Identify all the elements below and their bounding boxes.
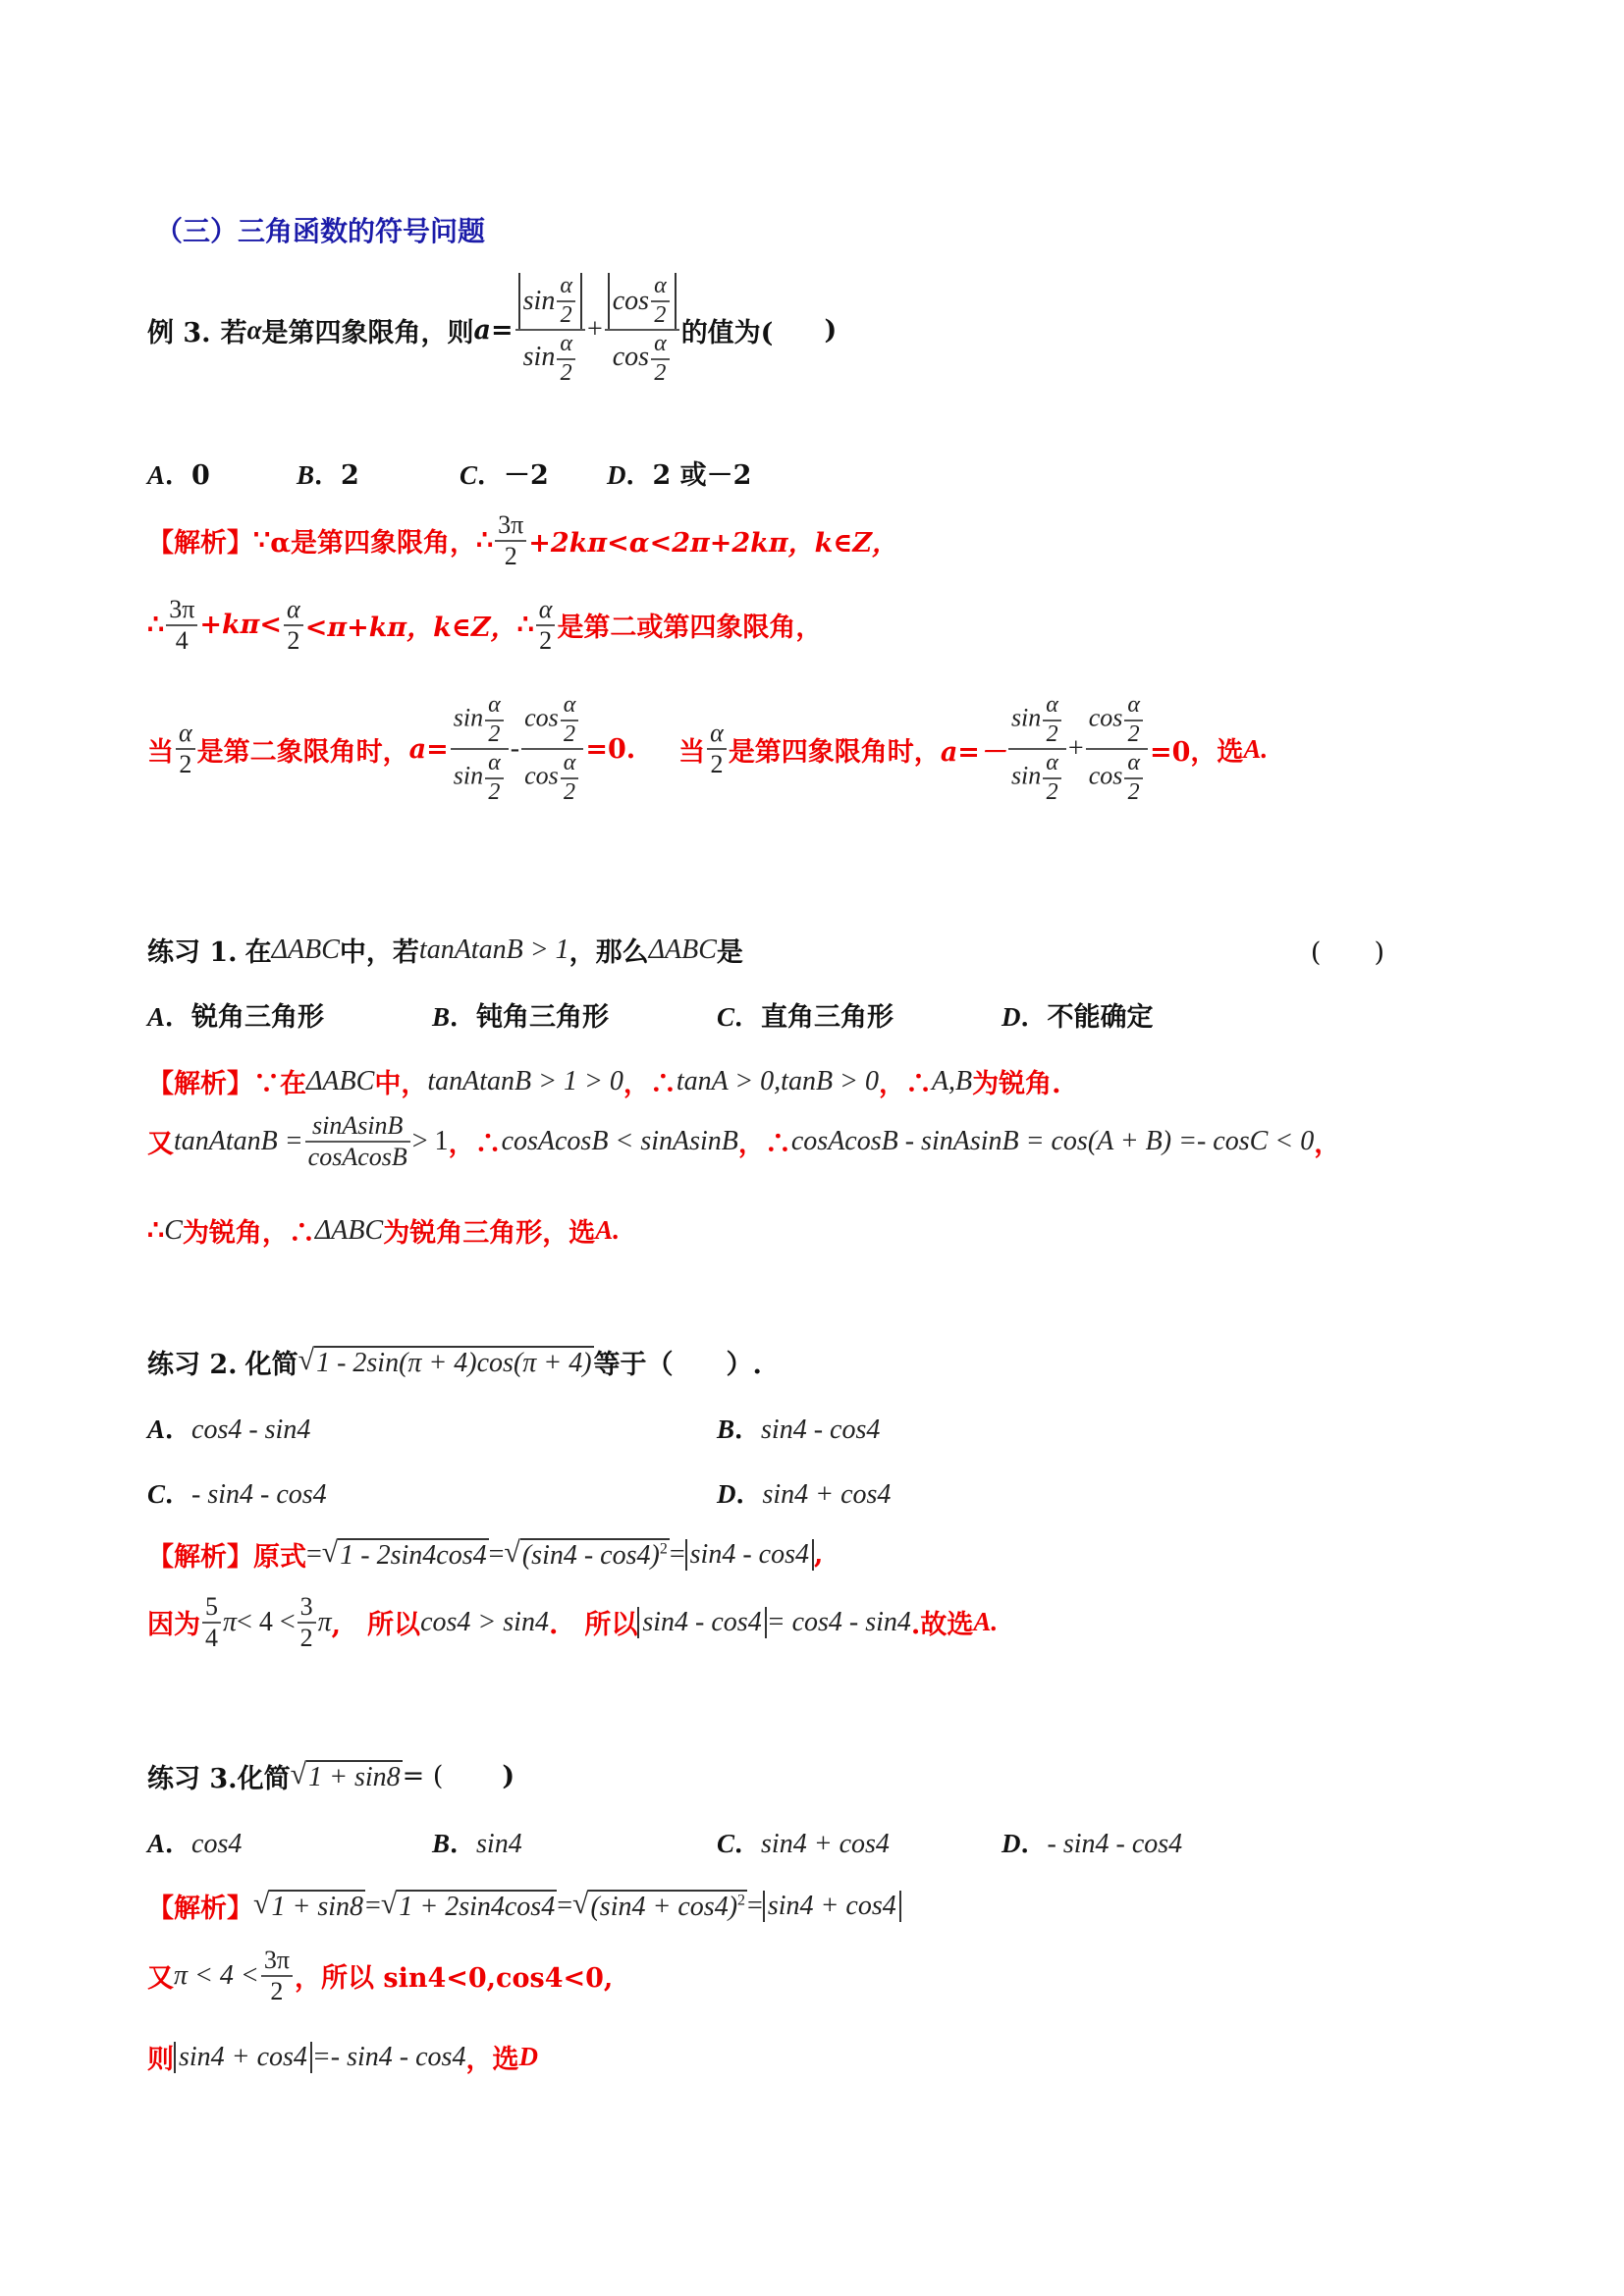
because-symbol: ∵ [253,525,270,556]
minus-sign: - [511,733,519,765]
math-expr: C [164,1215,183,1247]
solution-text: a=－ [941,730,1006,769]
exponent: 2 [737,1892,745,1908]
half-num: α [561,750,579,777]
exercise-1-question: 练习 1. 在 ΔABC 中，若 tanAtanB > 1 ，那么 ΔABC 是… [147,931,1384,969]
math-expr: π < 4 < [174,1960,259,1992]
option-label: C [460,460,477,490]
option-value: －2 [504,460,549,491]
fn-cos: cos [613,286,649,317]
half-den: 2 [1044,779,1061,807]
math-expr: tanAtanB = [174,1126,303,1157]
exercise-2-question: 练习 2. 化简 √1 - 2sin(π + 4)cos(π + 4) 等于（ … [147,1343,762,1381]
frac-den: 2 [284,626,302,656]
option-label: B [432,1002,450,1032]
exercise-1-solution-line-3: ∴ C 为锐角，∴ ΔABC 为锐角三角形，选 A. [147,1211,620,1250]
option-value: 锐角三角形 [191,1002,324,1033]
fn-cos: cos [613,342,649,372]
question-text: 是第四象限角，则 [262,311,474,349]
frac-num: 3 [298,1592,316,1622]
frac-num: α [707,719,727,748]
option-value: 0 [191,460,210,491]
frac-num: 5 [202,1592,221,1622]
half-num: α [1124,692,1143,720]
triangle-symbol: ΔABC [272,934,340,966]
option-value: 直角三角形 [761,1002,893,1033]
solution-text: 为锐角三角形，选 [383,1211,595,1250]
solution-text: =0，选 [1150,730,1243,769]
radicand: 1 - 2sin4cos4 [338,1538,488,1572]
example-3-question: 例 3. 若 α 是第四象限角，则 a = sinα2 sinα2 + cosα… [147,273,837,387]
answer-letter: A. [1243,734,1268,765]
solution-text: 当 [678,730,705,769]
example-3-solution-line-1: 【解析】 ∵ α是第四象限角， ∴ 3π2 +2kπ<α<2π+2kπ，k∈Z， [147,510,898,571]
option-d[interactable]: D．2 或－2 [607,454,751,492]
half-num: α [557,273,575,300]
fraction-abs-cos: cosα2 cosα2 [605,273,679,387]
triangle-symbol: ΔABC [649,934,717,966]
question-text: 是 [717,931,743,969]
exercise-3-solution-line-3: 则 sin4 + cos4 =- sin4 - cos4 ，选 D [147,2038,538,2076]
solution-text: 为锐角. [972,1062,1060,1100]
option-label: B [432,1829,450,1858]
solution-tag: 【解析】 [147,1535,253,1574]
solution-text: α是第四象限角， [270,521,476,560]
solution-text: 因为 [147,1603,200,1641]
half-den: 2 [485,779,503,807]
option-value: sin4 + cos4 [761,1829,890,1859]
solution-text: =0. [585,734,635,765]
condition-math: tanAtanB > 1 [419,934,569,966]
option-label: B [717,1415,734,1444]
sqrt-expression: √(sin4 - cos4)2 [504,1538,669,1572]
solution-text: a= [409,734,449,765]
solution-text: .故选 [911,1603,973,1641]
absolute-value: sin4 + cos4 [174,2042,312,2073]
option-label: D [717,1479,736,1509]
exercise-2-options-row-1: A．cos4 - sin4 B．sin4 - cos4 [147,1408,880,1446]
fraction-sin: sinα2 sinα2 [1008,692,1066,806]
fn-cos: cos [524,704,559,732]
sqrt-expression: √1 + sin8 [291,1760,403,1793]
example-3-solution-line-3: 当 α2 是第二象限角时， a= sinα2 sinα2 - cosα2 cos… [147,692,1268,806]
frac-num: sinAsinB [309,1111,406,1141]
option-value: 2 [341,460,359,491]
half-num: α [561,692,579,720]
frac-num: α [284,595,303,624]
frac-num: 3π [495,510,526,540]
half-num: α [1043,692,1061,720]
equals-sign: = [670,1539,685,1571]
section-heading: （三）三角函数的符号问题 [155,210,485,249]
answer-letter: D [518,2042,538,2072]
option-label: D [607,460,626,490]
solution-text: 当 [147,730,174,769]
frac-den: 2 [298,1624,316,1653]
option-b[interactable]: B．sin4 [432,1822,717,1860]
question-text: = ( [403,1761,444,1791]
option-value: 2 或－2 [653,460,752,491]
exercise-1-options: A．锐角三角形 B．钝角三角形 C．直角三角形 D．不能确定 [147,995,1154,1034]
variable-a: a [474,315,492,346]
option-value: - sin4 - cos4 [1048,1829,1183,1859]
radicand: 1 + 2sin4cos4 [397,1890,557,1923]
option-c[interactable]: C．－2 [460,454,607,492]
half-num: α [485,750,504,777]
equals-sign: = [365,1891,381,1922]
solution-text: +kπ< [199,610,282,640]
exercise-3-solution-line-2: 又 π < 4 < 3π2 ，所以 sin4<0,cos4<0, [147,1946,613,2006]
exponent: 2 [660,1540,668,1557]
option-value: cos4 - sin4 [191,1415,310,1445]
alpha-symbol: α [247,315,262,346]
solution-text: ， [1314,1122,1340,1160]
half-den: 2 [1125,779,1143,807]
half-num: α [1124,750,1143,777]
frac-den: 4 [202,1624,221,1653]
radicand: 1 + sin8 [269,1890,365,1923]
exercise-label: 练习 2. [147,1343,238,1381]
option-label: A [147,1002,165,1032]
exercise-2-solution-line-2: 因为 54 π < 4 < 32 π , 所以 cos4 > sin4 . 所以… [147,1592,998,1653]
fraction-abs-sin: sinα2 sinα2 [515,273,585,387]
exercise-3-solution-line-1: 【解析】 √1 + sin8 = √1 + 2sin4cos4 = √(sin4… [147,1887,901,1925]
frac-den: 2 [707,750,726,779]
frac-den: 2 [536,626,555,656]
math-expr: < 4 < [237,1607,296,1638]
option-label: D [1001,1002,1021,1032]
fn-sin: sin [523,342,556,372]
exercise-2-options-row-2: C．- sin4 - cos4 D．sin4 + cos4 [147,1472,891,1511]
exercise-1-solution-line-2: 又 tanAtanB = sinAsinBcosAcosB > 1 ，∴ cos… [147,1111,1340,1172]
option-value: - sin4 - cos4 [191,1479,327,1510]
equals-sign: = [489,1539,505,1571]
option-b[interactable]: B．2 [297,454,460,492]
solution-tag: 【解析】 [147,1887,253,1925]
exercise-label: 练习 3. [147,1757,238,1795]
option-c[interactable]: C．直角三角形 [717,995,1001,1034]
solution-text: ，∴ [623,1062,677,1100]
frac-den: cosAcosB [305,1143,410,1172]
math-expr: cosAcosB < sinAsinB [502,1126,738,1157]
exercise-3-question: 练习 3. 化简 √1 + sin8 = ( ) [147,1757,514,1795]
frac-num: 3π [166,595,197,624]
equals-sign: = [306,1539,322,1571]
half-den: 2 [561,779,578,807]
question-text: 等于（ ）. [594,1343,762,1381]
option-c[interactable]: C．- sin4 - cos4 [147,1472,717,1511]
option-label: B [297,460,314,490]
equals-sign: = [557,1891,572,1922]
exercise-label: 练习 1. [147,931,238,969]
math-expr: cosAcosB - sinAsinB = cos(A + B) =- cosC… [791,1126,1314,1157]
solution-text: 又 [147,1956,174,1995]
sqrt-expression: √1 - 2sin4cos4 [322,1538,489,1572]
option-a[interactable]: A．0 [147,454,297,492]
equals-sign: = [491,315,514,346]
solution-text: <π+kπ，k∈Z， [305,606,517,644]
half-den: 2 [651,360,669,388]
half-den: 2 [558,302,575,330]
example-3-solution-line-2: ∴ 3π4 +kπ< α2 <π+kπ，k∈Z， ∴ α2 是第二或第四象限角， [147,595,822,656]
fn-sin: sin [454,762,483,790]
option-value: cos4 [191,1829,242,1859]
solution-text: 则 [147,2038,174,2076]
option-d[interactable]: D．- sin4 - cos4 [1001,1822,1182,1860]
question-text: 化简 [245,1343,298,1381]
solution-text: 又 [147,1122,174,1160]
pi-symbol: π [223,1607,237,1638]
absolute-value: sin4 - cos4 [637,1607,766,1638]
solution-text: 是第二象限角时， [197,730,409,769]
solution-text: 中， [374,1062,427,1100]
absolute-value: sin4 + cos4 [763,1891,901,1922]
half-den: 2 [651,302,669,330]
radicand: 1 - 2sin(π + 4)cos(π + 4) [314,1346,593,1379]
solution-text: . 所以 [549,1603,637,1641]
answer-letter: A. [595,1215,620,1246]
radicand: 1 + sin8 [306,1760,403,1793]
option-value: sin4 [476,1829,522,1859]
fn-sin: sin [523,286,556,317]
option-d[interactable]: D．不能确定 [1001,995,1154,1034]
answer-paren: ) [502,1761,514,1791]
half-den: 2 [1044,721,1061,749]
frac-num: α [536,595,556,624]
option-label: C [717,1002,734,1032]
solution-text: ，∴ [449,1122,502,1160]
half-den: 2 [485,721,503,749]
half-den: 2 [1125,721,1143,749]
math-expr: = cos4 - sin4 [767,1607,911,1638]
question-text: 化简 [238,1757,291,1795]
math-expr: > 1 [412,1126,449,1157]
fn-cos: cos [1089,762,1123,790]
question-text: 中，若 [340,931,419,969]
math-expr: tanAtanB > 1 > 0 [427,1066,623,1097]
example-3-options: A．0 B．2 C．－2 D．2 或－2 [147,454,751,492]
frac-den: 4 [173,626,191,656]
plus-sign: + [1068,733,1084,765]
half-num: α [485,692,504,720]
option-label: D [1001,1829,1021,1858]
half-num: α [651,331,670,358]
option-a[interactable]: A．锐角三角形 [147,995,432,1034]
sqrt-expression: √1 + sin8 [253,1890,365,1923]
answer-letter: A. [973,1607,998,1637]
fn-sin: sin [1011,704,1041,732]
fn-sin: sin [454,704,483,732]
option-c[interactable]: C．sin4 + cos4 [717,1822,1001,1860]
option-value: sin4 + cos4 [763,1479,892,1510]
exercise-2-solution-line-1: 【解析】 原式 = √1 - 2sin4cos4 = √(sin4 - cos4… [147,1535,823,1574]
frac-den: 2 [502,542,520,571]
pi-symbol: π [318,1607,332,1638]
question-text: ，那么 [569,931,649,969]
option-value: sin4 - cos4 [761,1415,880,1445]
question-text: 的值为( [681,311,774,349]
option-value: 钝角三角形 [476,1002,609,1033]
solution-text: 是第四象限角时， [729,730,941,769]
sqrt-expression: √1 + 2sin4cos4 [381,1890,557,1923]
half-num: α [1043,750,1061,777]
option-b[interactable]: B．sin4 - cos4 [717,1408,880,1446]
option-a[interactable]: A．cos4 [147,1822,432,1860]
math-expr: tanA > 0,tanB > 0 [677,1066,879,1097]
answer-paren: ( ) [1311,931,1384,969]
therefore-symbol: ∴ [517,610,534,640]
math-expr: =- sin4 - cos4 [312,2042,466,2073]
frac-den: 2 [267,1977,286,2006]
plus-sign: + [587,314,603,346]
triangle-symbol: ΔABC [315,1215,383,1247]
option-label: A [147,460,165,490]
option-value: 不能确定 [1048,1002,1154,1033]
math-expr: cos4 > sin4 [420,1607,549,1638]
sqrt-expression: √(sin4 + cos4)2 [572,1890,747,1923]
option-a[interactable]: A．cos4 - sin4 [147,1408,717,1446]
solution-text: ，所以 sin4<0,cos4<0, [295,1956,613,1995]
option-label: A [147,1829,165,1858]
half-den: 2 [561,721,578,749]
solution-tag: 【解析】 [147,1062,253,1100]
triangle-symbol: ΔABC [306,1066,374,1097]
equals-sign: = [747,1891,763,1922]
fraction-cos: cosα2 cosα2 [521,692,583,806]
fraction-cos: cosα2 cosα2 [1086,692,1148,806]
therefore-symbol: ∴ [476,525,493,556]
half-num: α [557,331,575,358]
solution-text: ，选 [465,2038,518,2076]
sqrt-expression: √1 - 2sin(π + 4)cos(π + 4) [298,1346,594,1379]
solution-tag: 【解析】 [147,521,253,560]
half-num: α [651,273,670,300]
example-label: 例 3. [147,311,211,349]
frac-num: α [176,719,195,748]
fn-cos: cos [524,762,559,790]
half-den: 2 [558,360,575,388]
solution-text: , 所以 [332,1603,420,1641]
fraction-sin: sinα2 sinα2 [451,692,509,806]
option-d[interactable]: D．sin4 + cos4 [717,1472,891,1511]
solution-text: 原式 [253,1535,306,1574]
solution-text: , [814,1539,823,1570]
fn-cos: cos [1089,704,1123,732]
fn-sin: sin [1011,762,1041,790]
therefore-symbol: ∴ [147,610,164,640]
solution-text: 是第二或第四象限角， [557,606,822,644]
option-label: C [717,1829,734,1858]
frac-num: 3π [261,1946,293,1975]
radicand: (sin4 + cos4) [590,1892,737,1922]
option-label: C [147,1479,165,1509]
question-text: 若 [221,311,247,349]
fraction-sin-cos: sinAsinBcosAcosB [305,1111,410,1172]
solution-text: +2kπ<α<2π+2kπ，k∈Z， [528,521,898,560]
option-b[interactable]: B．钝角三角形 [432,995,717,1034]
solution-text: ，∴ [879,1062,932,1100]
exercise-1-solution-line-1: 【解析】 ∵在 ΔABC 中， tanAtanB > 1 > 0 ，∴ tanA… [147,1062,1061,1100]
question-text: 在 [245,931,272,969]
exercise-3-options: A．cos4 B．sin4 C．sin4 + cos4 D．- sin4 - c… [147,1822,1182,1860]
solution-text: 为锐角，∴ [183,1211,315,1250]
frac-den: 2 [176,750,194,779]
solution-text: ∵在 [253,1062,306,1100]
radicand: (sin4 - cos4) [522,1540,660,1571]
math-expr: A,B [932,1066,972,1097]
option-label: A [147,1415,165,1444]
therefore-symbol: ∴ [147,1215,164,1246]
answer-paren: ) [824,315,837,346]
absolute-value: sin4 - cos4 [685,1539,814,1571]
solution-text: ，∴ [738,1122,791,1160]
